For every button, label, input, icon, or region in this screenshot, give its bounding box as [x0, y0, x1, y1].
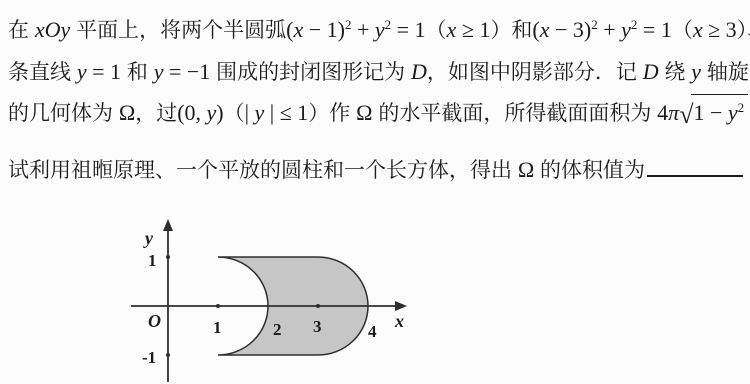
problem-line-1: 在 xOy 平面上，将两个半圆弧(x − 1)2 + y2 = 1（x ≥ 1）… — [8, 12, 750, 51]
problem-line-3: 的几何体为 Ω，过(0, y)（| y | ≤ 1）作 Ω 的水平截面，所得截面… — [8, 94, 750, 134]
origin-label: O — [148, 311, 161, 331]
x-axis-arrow-icon — [395, 301, 407, 311]
coordinate-diagram: y 1 O -1 1 2 3 4 x — [125, 212, 417, 384]
x-tick-label-1: 1 — [213, 318, 222, 337]
problem-line-2: 条直线 y = 1 和 y = −1 围成的封闭图形记为 D，如图中阴影部分．记… — [8, 54, 750, 93]
x-tick-dot-1 — [216, 304, 220, 308]
x-tick-label-4: 4 — [368, 322, 377, 341]
x-axis-label: x — [394, 311, 404, 331]
answer-blank — [647, 157, 743, 177]
sqrt-expression: √1 − y2 — [679, 94, 748, 134]
x-tick-dot-3 — [316, 304, 320, 308]
y-tick-dot-1 — [166, 255, 170, 259]
y-tick-label-1: 1 — [148, 251, 157, 270]
x-tick-label-3: 3 — [313, 317, 322, 336]
y-axis-arrow-icon — [163, 219, 173, 231]
y-tick-dot-neg1 — [166, 353, 170, 357]
y-tick-label-neg1: -1 — [142, 348, 156, 367]
region-d-figure: y 1 O -1 1 2 3 4 x — [125, 212, 417, 384]
x-tick-label-2: 2 — [273, 320, 282, 339]
y-axis-label: y — [143, 228, 154, 248]
problem-line-4: 试利用祖暅原理、一个平放的圆柱和一个长方体，得出 Ω 的体积值为 — [8, 152, 743, 191]
